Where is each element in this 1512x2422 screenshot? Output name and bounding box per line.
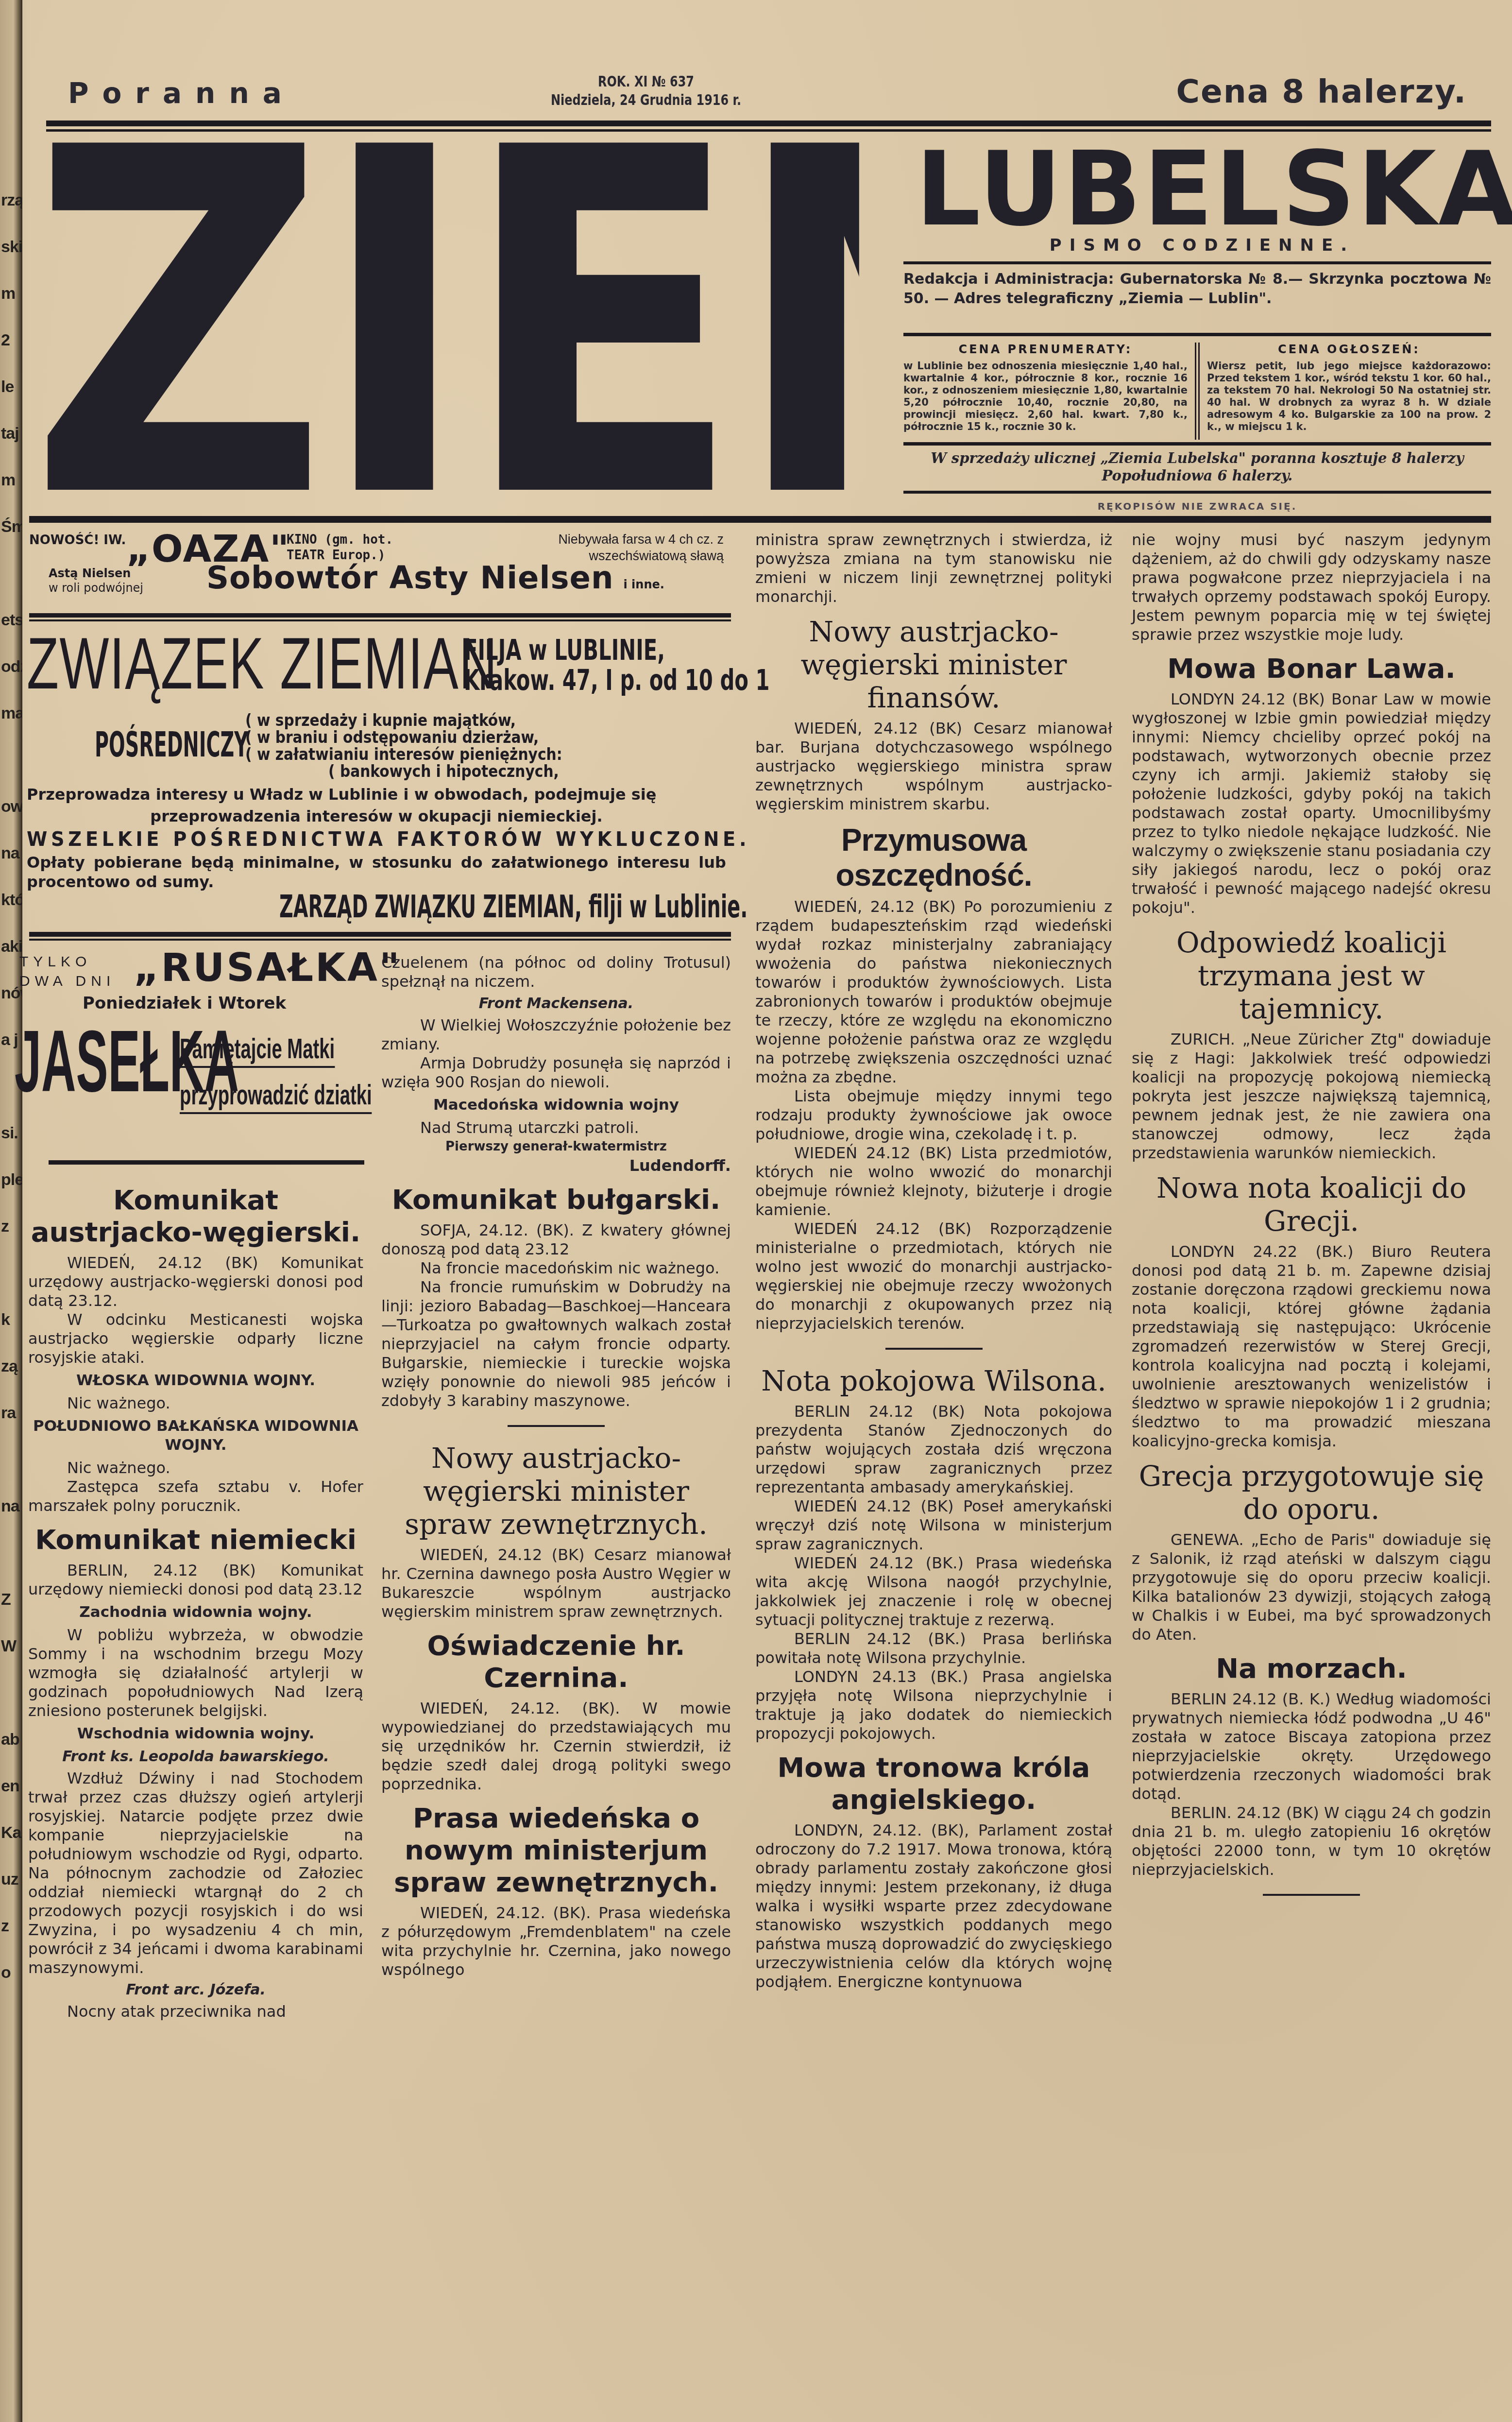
article-paragraph: WIEDEŃ, 24.12 (BK) Po porozumieniu z rzą… — [755, 897, 1112, 1087]
article-paragraph: LONDYN 24.22 (BK.) Biuro Reutera donosi … — [1132, 1242, 1491, 1451]
ad-rule-3 — [49, 1160, 364, 1165]
ad-prices-heading: CENA OGŁOSZEŃ: — [1207, 343, 1491, 356]
ad-oaza-star-name: Astą Nielsen — [49, 566, 143, 581]
adjacent-page-fragment: si. — [1, 1122, 20, 1144]
front-label: Front Mackensena. — [381, 994, 731, 1013]
article-paragraph: Wzdłuż Dźwiny i nad Stochodem trwał prze… — [28, 1769, 363, 1977]
article-headline: Nota pokojowa Wilsona. — [755, 1364, 1112, 1397]
article-paragraph: W odcinku Mesticanesti wojska austrjacko… — [28, 1310, 363, 1367]
article-headline: Nowy austrjacko-węgierski minister finan… — [755, 615, 1112, 714]
column-4: nie wojny musi być naszym jedynym dążeni… — [1132, 531, 1491, 1910]
ad-zwiazek-branch: FILJA w LUBLINIE, Krakow. 47, I p. od 10… — [464, 635, 770, 695]
ad-zwiazek-ziemian: ZWIĄZEK ZIEMIAN FILJA w LUBLINIE, Krakow… — [27, 624, 731, 926]
article-paragraph: BERLIN 24.12 (BK.) Prasa berlińska powit… — [755, 1630, 1112, 1667]
section-subheading: WŁOSKA WIDOWNIA WOJNY. — [28, 1371, 363, 1390]
article-paragraph: WIEDEŃ, 24.12 (BK) Komunikat urzędowy au… — [28, 1254, 363, 1310]
adjacent-page-fragment: któ — [1, 889, 20, 910]
front-label: Front arc. Józefa. — [28, 1980, 363, 1999]
article-headline: Przymusowa oszczędność. — [755, 823, 1112, 893]
column-1: Komunikat austrjacko-węgierski.WIEDEŃ, 2… — [28, 1176, 363, 2021]
adjacent-page-fragment: W — [1, 1635, 20, 1657]
adjacent-page-fragment: 2 — [1, 329, 20, 351]
column-2: Czuelenem (na północ od doliny Trotusul)… — [381, 953, 731, 1979]
ad-oaza-kino: KINO (gm. hot. — [287, 532, 393, 548]
adjacent-page-fragment: etsa — [1, 609, 20, 631]
article-paragraph: Na froncie macedońskim nic ważnego. — [381, 1259, 731, 1278]
prices-divider-2 — [1198, 343, 1200, 440]
ad-zwiazek-signature: ZARZĄD ZWIĄZKU ZIEMIAN, filji w Lublinie… — [279, 889, 748, 925]
article-paragraph: BERLIN, 24.12 (BK) Komunikat urzędowy ni… — [28, 1561, 363, 1599]
ad-oaza-cinema: NOWOŚĆ! IW. „OAZA" KINO (gm. hot. TEATR … — [29, 527, 729, 600]
masthead-subtitle: LUBELSKA — [916, 131, 1489, 248]
subscription-heading: CENA PRENUMERATY: — [903, 343, 1188, 356]
ad-oaza-label: NOWOŚĆ! IW. — [29, 532, 126, 549]
ad-zwiazek-fees: Opłaty pobierane będą minimalne, w stosu… — [27, 853, 726, 893]
ad-rule-1 — [29, 613, 731, 618]
adjacent-page-fragment: m — [1, 283, 20, 304]
article-paragraph: Czuelenem (na północ od doliny Trotusul)… — [381, 953, 731, 991]
article-headline: Nowa nota koalicji do Grecji. — [1132, 1171, 1491, 1237]
article-paragraph: ministra spraw zewnętrznych i stwierdza,… — [755, 531, 1112, 606]
article-divider — [885, 1348, 983, 1350]
article-paragraph: nie wojny musi być naszym jedynym dążeni… — [1132, 531, 1491, 644]
article-headline: Na morzach. — [1132, 1653, 1491, 1685]
ad-rule-2 — [29, 932, 731, 937]
ad-rule-1b — [29, 619, 731, 621]
ad-oaza-star: Astą Nielsen w roli podwójnej — [49, 566, 143, 595]
editorial-address: Redakcja i Administracja: Gubernatorska … — [903, 270, 1491, 309]
newspaper-page: rządski,m2letajmŚmetsaodzmaownaktóakinów… — [0, 0, 1512, 2422]
ad-rusalka-name: „RUSAŁKA" — [134, 945, 402, 990]
ad-zwiazek-branch-name: FILJA w LUBLINIE, — [464, 635, 770, 665]
article-paragraph: W Wielkiej Wołoszczyźnie położenie bez z… — [381, 1016, 731, 1054]
ad-rusalka-days: Poniedziałek i Wtorek — [83, 994, 286, 1013]
ad-rusalka-slogan2: przyprowadzić dziatki — [180, 1079, 372, 1114]
adjacent-page-fragment: ma — [1, 703, 20, 724]
ad-oaza-film-title: Sobowtór Asty Nielsen — [206, 560, 614, 596]
article-paragraph: WIEDEŃ, 24.12 (BK) Cesarz mianował bar. … — [755, 719, 1112, 814]
price-label: Cena 8 halerzy. — [1176, 73, 1467, 110]
street-sale-note: W sprzedaży ulicznej „Ziemia Lubelska" p… — [903, 449, 1491, 484]
article-paragraph: Nad Strumą utarczki patroli. — [381, 1118, 731, 1137]
article-paragraph: WIEDEŃ 24.12 (BK.) Prasa wiedeńska wita … — [755, 1554, 1112, 1630]
adjacent-page-fragment: en — [1, 1775, 20, 1797]
article-headline: Komunikat austrjacko-węgierski. — [28, 1185, 363, 1249]
masthead-bottom-rule — [29, 516, 1491, 523]
adjacent-page-fragment: o — [1, 1962, 20, 1983]
ad-zwiazek-line2: przeprowadzenia interesów w okupacji nie… — [27, 807, 726, 826]
adjacent-page-fragment: taj — [1, 423, 20, 444]
masthead-title: ZIEMIA — [29, 138, 859, 513]
article-paragraph: Nic ważnego. — [28, 1394, 363, 1413]
ad-zwiazek-title: ZWIĄZEK ZIEMIAN — [27, 624, 498, 702]
service-item: w sprzedaży i kupnie majątków, — [245, 712, 562, 729]
adjacent-page-fragment: k — [1, 1309, 20, 1330]
ad-rusalka-only: TYLKO DWA DNI — [19, 952, 131, 991]
article-paragraph: LONDYN, 24.12. (BK), Parlament został od… — [755, 1821, 1112, 1992]
address-rule — [903, 333, 1491, 336]
article-paragraph: Nocny atak przeciwnika nad — [28, 2002, 363, 2021]
adjacent-page-fragment: m — [1, 469, 20, 491]
adjacent-page-fragment: Z — [1, 1589, 20, 1610]
ad-zwiazek-excluded: WSZELKIE POŚREDNICTWA FAKTORÓW WYKLUCZON… — [27, 828, 703, 851]
article-paragraph: W pobliżu wybrzeża, w obwodzie Sommy i n… — [28, 1626, 363, 1720]
article-headline: Komunikat niemiecki — [28, 1524, 363, 1556]
ad-prices: CENA OGŁOSZEŃ: Wiersz petit, lub jego mi… — [1207, 343, 1491, 433]
section-subheading: Wschodnia widownia wojny. — [28, 1724, 363, 1743]
article-paragraph: Armja Dobrudży posunęła się naprzód i wz… — [381, 1054, 731, 1092]
adjacent-page-fragment: nów — [1, 982, 20, 1004]
article-paragraph: BERLIN 24.12 (BK) Nota pokojowa prezyden… — [755, 1402, 1112, 1497]
article-paragraph: GENEWA. „Echo de Paris" dowiaduje się z … — [1132, 1530, 1491, 1644]
ad-rusalka-slogan1: Pamiętajcie Matki — [180, 1032, 335, 1068]
adjacent-page-fragment: odz — [1, 656, 20, 677]
section-subheading: Macedońska widownia wojny — [381, 1096, 731, 1115]
ad-zwiazek-mediates: POŚREDNICZY — [95, 724, 248, 765]
article-paragraph: Nic ważnego. — [28, 1459, 363, 1477]
article-paragraph: SOFJA, 24.12. (BK). Z kwatery głównej do… — [381, 1221, 731, 1259]
adjacent-page-fragment: ra — [1, 1402, 20, 1424]
prices-rule — [903, 442, 1491, 446]
adjacent-page-fragment: le — [1, 376, 20, 397]
ad-rule-2b — [29, 939, 731, 941]
manuscripts-note: RĘKOPISÓW NIE ZWRACA SIĘ. — [903, 500, 1491, 512]
service-item: w braniu i odstępowaniu dzierżaw, — [245, 729, 562, 746]
ad-oaza-description: Niebywała farsa w 4 ch cz. z wszechświat… — [495, 531, 724, 564]
subscription-text: w Lublinie bez odnoszenia miesięcznie 1,… — [903, 360, 1188, 433]
article-headline: Oświadczenie hr. Czernina. — [381, 1630, 731, 1694]
adjacent-page-fragment: ple — [1, 1169, 20, 1190]
ad-rusalka: TYLKO DWA DNI „RUSAŁKA" Poniedziałek i W… — [19, 945, 369, 1149]
ad-prices-text: Wiersz petit, lub jego miejsce każdorazo… — [1207, 360, 1491, 433]
article-paragraph: WIEDEŃ, 24.12. (BK). W mowie wypowiedzia… — [381, 1699, 731, 1794]
subscription-prices: CENA PRENUMERATY: w Lublinie bez odnosze… — [903, 343, 1188, 433]
article-paragraph: WIEDEŃ, 24.12. (BK). Prasa wiedeńska z p… — [381, 1904, 731, 1979]
service-item: bankowych i hipotecznych, — [245, 763, 562, 780]
article-divider — [508, 1425, 605, 1427]
ad-zwiazek-services: w sprzedaży i kupnie majątków, w braniu … — [245, 712, 562, 780]
adjacent-page-fragment: z — [1, 1216, 20, 1237]
section-subheading: Zachodnia widownia wojny. — [28, 1603, 363, 1622]
adjacent-page-fragment: uz — [1, 1869, 20, 1890]
ad-oaza-film-suffix: i inne. — [624, 578, 664, 591]
column-3: ministra spraw zewnętrznych i stwierdza,… — [755, 531, 1112, 1992]
adjacent-page-fragment: aki — [1, 936, 20, 957]
article-headline: Mowa Bonar Lawa. — [1132, 653, 1491, 685]
signature-title: Pierwszy generał-kwatermistrz — [381, 1137, 731, 1156]
issue-date: Niedziela, 24 Grudnia 1916 r. — [522, 91, 770, 110]
article-paragraph: BERLIN. 24.12 (BK) W ciągu 24 ch godzin … — [1132, 1804, 1491, 1879]
ad-zwiazek-branch-address: Krakow. 47, I p. od 10 do 1 — [464, 665, 770, 695]
adjacent-page-fragment: ski, — [1, 236, 20, 258]
front-label: Front ks. Leopolda bawarskiego. — [28, 1747, 363, 1766]
article-paragraph: WIEDEŃ 24.12 (BK) Lista przedmiotów, któ… — [755, 1144, 1112, 1220]
article-headline: Odpowiedź koalicji trzymana jest w tajem… — [1132, 926, 1491, 1025]
adjacent-page-fragment: zą — [1, 1356, 20, 1377]
service-item: w załatwianiu interesów pieniężnych: — [245, 746, 562, 763]
binding-strip: rządski,m2letajmŚmetsaodzmaownaktóakinów… — [0, 0, 22, 2422]
adjacent-page-fragment: ow — [1, 796, 20, 817]
top-rule — [46, 120, 1491, 126]
article-paragraph: WIEDEŃ 24.12 (BK) Poseł amerykański wręc… — [755, 1497, 1112, 1554]
adjacent-page-fragment: z — [1, 1915, 20, 1937]
adjacent-page-fragment: Śm — [1, 516, 20, 537]
article-headline: Grecja przygotowuje się do oporu. — [1132, 1460, 1491, 1526]
adjacent-page-fragment: ab — [1, 1729, 20, 1750]
street-rule — [903, 491, 1491, 494]
adjacent-page-fragment: na — [1, 1495, 20, 1517]
article-paragraph: LONDYN 24.13 (BK.) Prasa angielska przyj… — [755, 1667, 1112, 1743]
signature-name: Ludendorff. — [381, 1156, 731, 1175]
article-paragraph: Na froncie rumuńskim w Dobrudży na linji… — [381, 1278, 731, 1410]
article-headline: Komunikat bułgarski. — [381, 1184, 731, 1216]
top-strip: Poranna ROK. XI № 637 Niedziela, 24 Grud… — [63, 73, 1481, 121]
masthead-rule — [903, 261, 1491, 264]
article-paragraph: LONDYN 24.12 (BK) Bonar Law w mowie wygł… — [1132, 690, 1491, 917]
article-divider — [1263, 1894, 1360, 1896]
ad-oaza-venue: KINO (gm. hot. TEATR Europ.) — [287, 532, 393, 563]
edition-label: Poranna — [68, 77, 295, 110]
article-headline: Mowa tronowa króla angielskiego. — [755, 1752, 1112, 1816]
ad-oaza-star-role: w roli podwójnej — [49, 581, 143, 595]
ad-oaza-film: Sobowtór Asty Nielseni inne. — [206, 560, 664, 596]
adjacent-page-fragment: Ka — [1, 1822, 20, 1843]
article-headline: Prasa wiedeńska o nowym ministerjum spra… — [381, 1803, 731, 1899]
issue-info: ROK. XI № 637 Niedziela, 24 Grudnia 1916… — [522, 73, 770, 110]
section-subheading: POŁUDNIOWO BAŁKAŃSKA WIDOWNIA WOJNY. — [28, 1417, 363, 1455]
ad-zwiazek-line1: Przeprowadza interesy u Władz w Lublinie… — [27, 785, 726, 804]
tagline: PISMO CODZIENNE. — [916, 236, 1489, 255]
article-paragraph: Lista obejmuje między innymi tego rodzaj… — [755, 1087, 1112, 1144]
article-headline: Nowy austrjacko-węgierski minister spraw… — [381, 1442, 731, 1541]
article-paragraph: BERLIN 24.12 (B. K.) Według wiadomości p… — [1132, 1690, 1491, 1804]
article-paragraph: WIEDEŃ, 24.12 (BK) Cesarz mianował hr. C… — [381, 1546, 731, 1621]
adjacent-page-fragment: na — [1, 842, 20, 864]
article-paragraph: WIEDEŃ 24.12 (BK) Rozporządzenie ministe… — [755, 1220, 1112, 1333]
prices-divider — [1195, 343, 1196, 440]
article-paragraph: Zastępca szefa sztabu v. Hofer marszałek… — [28, 1477, 363, 1515]
issue-number: ROK. XI № 637 — [522, 73, 770, 91]
prices-box: CENA PRENUMERATY: w Lublinie bez odnosze… — [903, 343, 1491, 440]
adjacent-page-fragment: rząd — [1, 189, 20, 211]
article-paragraph: ZURICH. „Neue Züricher Ztg" dowiaduje si… — [1132, 1030, 1491, 1163]
